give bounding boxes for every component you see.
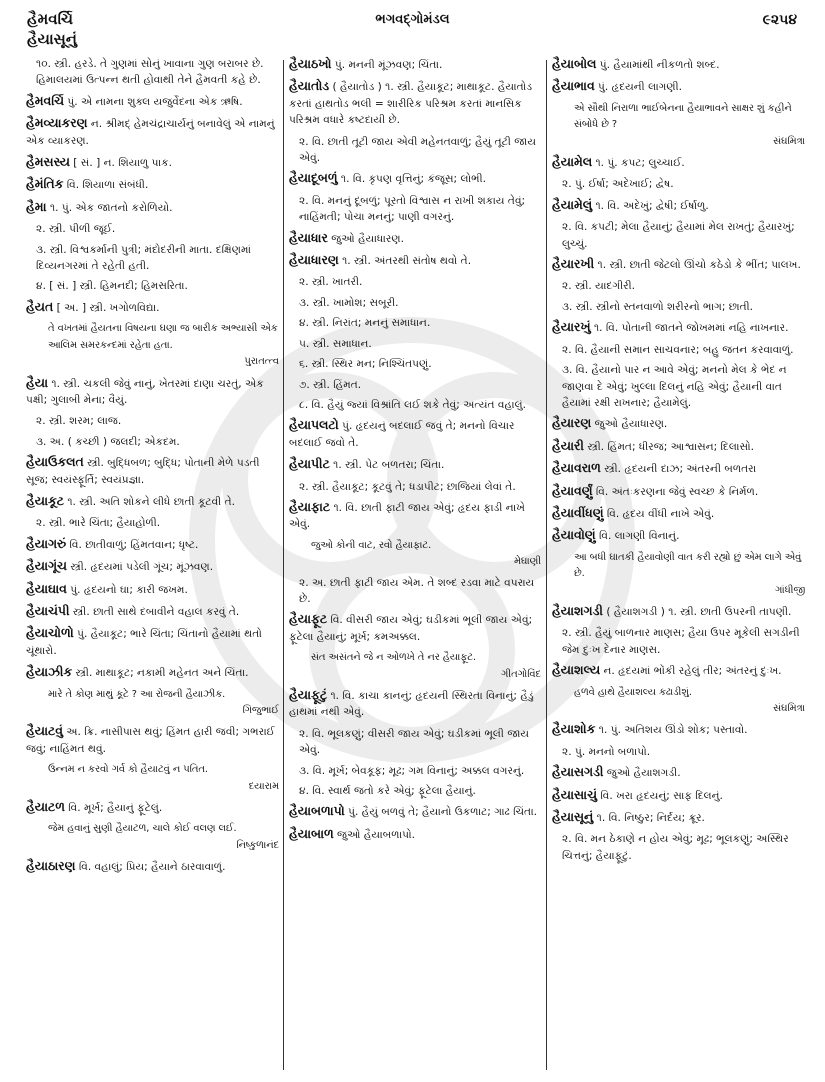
headword: હૈયાઠારણ — [26, 858, 75, 873]
definition: વિ. છાતીવાળું; હિંમતવાન; ધૃષ્ટ. — [70, 539, 199, 551]
definition: વિ. ખરા હૃદયનું; સાફ દિલનું. — [600, 790, 723, 802]
quote-source: દયારામ — [26, 779, 279, 795]
dictionary-entry: હૈમવ્યાકરણ ન. શ્રીમદ્ હેમચંદ્રાચાર્યનું … — [26, 115, 279, 149]
headword: હૈયાવરાળ — [552, 460, 601, 475]
guide-word-last: હૈયાસૂનું — [27, 30, 77, 48]
definition: વિ. હૃદય વીંધી નાખે એવું. — [607, 508, 714, 520]
definition: પું. હૈયામાંથી નીકળતો શબ્દ. — [600, 59, 720, 71]
dictionary-entry: હૈયાફૂટું ૧. વિ. કાચા કાનનું; હૃદયની સ્થ… — [289, 687, 541, 721]
headword: હૈયાબાળ — [289, 826, 334, 841]
dictionary-entry: હૈયારણ જુઓ હૈયાધારણ. — [552, 415, 805, 432]
headword: હૈયાસૂનું — [552, 809, 593, 824]
usage-quote: આ બધી ઘાતકી હૈયાવોણી વાત કરી રહ્યો છું એ… — [552, 550, 805, 583]
headword: હૈયાપલટો — [289, 417, 339, 432]
column-2: હૈયાઠખો પું. મનની મૂંઝવણ; ચિંતા.હૈયાતોડ … — [289, 56, 541, 1076]
usage-quote: જુઓ કોની વાટ, રવો હૈયાફાટ. — [289, 538, 541, 554]
quote-source: ગિજુભાઈ — [26, 703, 279, 719]
usage-quote: તે વખતમાં હૈયતના વિષયના ઘણા જ બારીક અભ્ય… — [26, 321, 279, 354]
headword: હૈયાઝીક — [26, 664, 72, 679]
dictionary-entry: હૈયાપીટ ૧. સ્ત્રી. પેટ બળતરા; ચિંતા. — [289, 456, 541, 473]
dictionary-entry: હૈયાબાળ જુઓ હૈયાબળાપો. — [289, 826, 541, 843]
headword: હૈયાશલ્ય — [552, 662, 600, 677]
column-3: હૈયાબોલ પું. હૈયામાંથી નીકળતો શબ્દ.હૈયાભ… — [552, 56, 805, 1076]
headword: હૈમવર્ચિ — [26, 93, 64, 108]
sense-definition: ૩. સ્ત્રી. ખામોશ; સબૂરી. — [289, 295, 541, 311]
usage-quote: ઉન્નમ ન કરવો ગર્વ કો હૈયાટવું ન પતિત. — [26, 762, 279, 778]
headword: હૈયાગરું — [26, 536, 66, 551]
sense-definition: ૩. અ. ( કચ્છી ) જલદી; એકદમ. — [26, 434, 279, 450]
headword: હૈયાસાચું — [552, 787, 597, 802]
headword: હૈયાઠખો — [289, 56, 332, 71]
dictionary-entry: હૈયાસગડી જુઓ હૈયાશગડી. — [552, 764, 805, 781]
sense-definition: ૭. સ્ત્રી. હિંમત. — [289, 377, 541, 393]
headword: હૈયાદૂબળું — [289, 170, 338, 185]
definition: જુઓ હૈયાધારણ. — [595, 418, 668, 430]
definition: સ્ત્રી. હૃદયની દાઝ; અંતરની બળતરા — [604, 463, 756, 475]
headword: હૈયાચંપી — [26, 603, 70, 618]
definition: પું. મનની મૂંઝવણ; ચિંતા. — [335, 59, 443, 71]
headword: હૈયામેલ — [552, 154, 592, 169]
headword: હૈયાચોળો — [26, 625, 74, 640]
sense-definition: ૨. પું. મનનો બળાપો. — [552, 744, 805, 760]
headword: હૈયાબળાપો — [289, 803, 345, 818]
definition: [ સં. ] ન. શિયાળુ પાક. — [73, 157, 172, 169]
dictionary-entry: હૈયત [ અ. ] સ્ત્રી. ખગોળવિદ્યા. — [26, 299, 279, 316]
definition: ૧. સ્ત્રી. અતિ શોકને લીધે છાતી કૂટવી તે. — [67, 496, 235, 508]
sense-definition: ૩. વિ. હૈયાનો પાર ન આવે એવું; મનનો મેલ ક… — [552, 362, 805, 411]
sense-definition: ૩. વિ. મૂર્ખ; બેવકૂફ; મૂઢ; ગમ વિનાનું; અ… — [289, 763, 541, 779]
usage-quote: હળવે હાથે હૈયાશલ્ય કઢાડીશું. — [552, 685, 805, 701]
sense-definition: ૬. સ્ત્રી. સ્થિર મન; નિશ્ચિંતપણું. — [289, 356, 541, 372]
dictionary-entry: હૈયાગૂંચ સ્ત્રી. હૃદયમાં પડેલી ગૂંચ; મૂં… — [26, 558, 279, 575]
definition: ન. હૃદયમાં ભોંકી રહેલું તીર; અંતરનું દુઃ… — [604, 665, 782, 677]
dictionary-entry: હૈયામેલ ૧. પું. કપટ; લુચ્ચાઈ. — [552, 154, 805, 171]
column-1: ૧૦. સ્ત્રી. હરડે. તે ગુણમાં સોનું ખાવાના… — [26, 56, 279, 1076]
headword: હૈયાઉકલત — [26, 454, 84, 469]
definition: જુઓ હૈયાશગડી. — [607, 767, 681, 779]
dictionary-entry: હૈયાટળ વિ. મૂર્ખ; હૈયાનું ફૂટેલું. — [26, 799, 279, 816]
headword: હૈયાકૂટ — [26, 493, 64, 508]
definition: ૧. વિ. પોતાની જાતને જોખમમાં નહિ નાખનાર. — [594, 322, 788, 334]
headword: હૈયારખું — [552, 319, 591, 334]
sense-definition: ૨. સ્ત્રી. હૈયાકૂટ; કૂટવું તે; ધડાપીટ; છ… — [289, 479, 541, 495]
dictionary-entry: હૈયારખું ૧. વિ. પોતાની જાતને જોખમમાં નહિ… — [552, 319, 805, 336]
dictionary-entry: હૈયાધારણ ૧. સ્ત્રી. અંતરથી સંતોષ થવો તે. — [289, 252, 541, 269]
sense-definition: ૨. વિ. મનનું દૂબળું; પૂરતો વિશ્વાસ ન રાખ… — [289, 193, 541, 226]
headword: હૈયાગૂંચ — [26, 558, 67, 573]
dictionary-entry: હૈયારી સ્ત્રી. હિંમત; ધીરજ; આશ્વાસન; દિલ… — [552, 438, 805, 455]
dictionary-entry: હૈમા ૧. પું. એક જાતનો કરોળિયો. — [26, 199, 279, 216]
headword: હૈમંતિક — [26, 176, 63, 191]
quote-source: ગીતગોવિંદ — [289, 667, 541, 683]
sense-definition: ૨. સ્ત્રી. પીળી જૂઈ. — [26, 221, 279, 237]
definition: જુઓ હૈયાધારણ. — [331, 233, 404, 245]
sense-definition: ૨. વિ. મન ઠેકાણે ન હોય એવું; મૂઢ; ભૂલકણુ… — [552, 831, 805, 864]
definition: જુઓ હૈયાબળાપો. — [337, 829, 415, 841]
sense-definition: ૨. સ્ત્રી. શરમ; લાજ. — [26, 413, 279, 429]
quote-source: નિષ્કુળાનંદ — [26, 838, 279, 854]
dictionary-entry: હૈયાઘાવ પું. હૃદયનો ઘા; કારી જખમ. — [26, 581, 279, 598]
headword: હૈમસસ્ય — [26, 154, 70, 169]
quote-source: ગાંધીજી — [552, 583, 805, 599]
headword: હૈયાવર્ણું — [552, 483, 593, 498]
headword: હૈયારી — [552, 438, 584, 453]
dictionary-entry: હૈયાભાવ પું. હૃદયની લાગણી. — [552, 78, 805, 95]
dictionary-entry: હૈયાવીંધણું વિ. હૃદય વીંધી નાખે એવું. — [552, 505, 805, 522]
definition: પું. હૈયું બળવું તે; હૈયાનો ઉકળાટ; ગાઢ ચ… — [348, 806, 537, 818]
headword: હૈયાટવું — [26, 723, 63, 738]
headword: હૈયત — [26, 299, 53, 314]
sense-definition: ૪. વિ. સ્વાર્થ જતો કરે એવું; ફૂટેલા હૈયા… — [289, 783, 541, 799]
headword: હૈયારણ — [552, 415, 591, 430]
definition: સ્ત્રી. હૃદયમાં પડેલી ગૂંચ; મૂંઝવણ. — [70, 561, 213, 573]
dictionary-entry: હૈમંતિક વિ. શિયાળા સંબંધી. — [26, 176, 279, 193]
definition: પું. એ નામના શુક્લ યજુર્વેદના એક ઋષિ. — [67, 96, 242, 108]
quote-source: સંઘમિત્રા — [552, 701, 805, 717]
dictionary-entry: હૈયાવર્ણું વિ. અંતઃકરણના જેવું સ્વચ્છ કે… — [552, 483, 805, 500]
definition: ૧. સ્ત્રી. અંતરથી સંતોષ થવો તે. — [342, 255, 471, 267]
running-title: ભગવદ્ગોમંડલ — [0, 12, 825, 27]
definition: વિ. વહાલું; પ્રિય; હૈયાને ઠારવાવાળું. — [79, 861, 226, 873]
dictionary-entry: હૈયાકૂટ ૧. સ્ત્રી. અતિ શોકને લીધે છાતી ક… — [26, 493, 279, 510]
dictionary-entry: હૈયાધાર જુઓ હૈયાધારણ. — [289, 230, 541, 247]
sense-definition: ૨. વિ. ભૂલકણું; વીસરી જાય એવું; ઘડીકમાં … — [289, 726, 541, 759]
definition: પું. હૃદયનો ઘા; કારી જખમ. — [70, 584, 188, 596]
sense-definition: ૨. સ્ત્રી. ખાતરી. — [289, 274, 541, 290]
dictionary-entry: હૈયાગરું વિ. છાતીવાળું; હિંમતવાન; ધૃષ્ટ. — [26, 536, 279, 553]
usage-quote: એ સૌથી નિરાળા ભાઈબેનના હૈયાભાવને સાક્ષર … — [552, 101, 805, 134]
headword: હૈયાટળ — [26, 799, 65, 814]
headword: હૈયાવોણું — [552, 527, 596, 542]
sense-definition: ૨. વિ. કપટી; મેલા હૈયાનું; હૈયામાં મેલ ર… — [552, 219, 805, 252]
page-number: ૯૨૫૪ — [763, 12, 797, 28]
dictionary-entry: હૈયાશોક ૧. પું. અતિશય ઊંડો શોક; પસ્તાવો. — [552, 721, 805, 738]
headword: હૈયાપીટ — [289, 456, 330, 471]
usage-quote: સંત અસંતને જે ન ઓળખે તે નર હૈયાફૂટ. — [289, 650, 541, 666]
headword: હૈયાફૂટું — [289, 687, 327, 702]
headword: હૈયાબોલ — [552, 56, 596, 71]
dictionary-entry: હૈયાસાચું વિ. ખરા હૃદયનું; સાફ દિલનું. — [552, 787, 805, 804]
definition: ૧. વિ. અદેખું; દ્વેષી; ઈર્ષાળુ. — [595, 200, 708, 212]
quote-source: સંઘમિત્રા — [552, 134, 805, 150]
dictionary-entry: હૈયાફાટ ૧. વિ. છાતી ફાટી જાય એવું; હૃદય … — [289, 499, 541, 533]
sense-definition: ૨. વિ. હૈયાની સમાન સાચવનાર; બહુ જતન કરવા… — [552, 342, 805, 358]
definition: પું. હૃદયની લાગણી. — [598, 81, 682, 93]
dictionary-entry: હૈયાબળાપો પું. હૈયું બળવું તે; હૈયાનો ઉક… — [289, 803, 541, 820]
dictionary-entry: હૈયાસૂનું ૧. વિ. નિષ્ઠુર; નિર્દય; ક્રૂર. — [552, 809, 805, 826]
sense-definition: ૨. અ. છાતી ફાટી જાય એમ. તે શબ્દ રડવા માટ… — [289, 575, 541, 608]
dictionary-entry: હૈયાઝીક સ્ત્રી. માથાકૂટ; નકામી મહેનત અને… — [26, 664, 279, 681]
sense-definition: ૪. સ્ત્રી. નિરાંત; મનનું સમાધાન. — [289, 315, 541, 331]
dictionary-entry: હૈમસસ્ય [ સં. ] ન. શિયાળુ પાક. — [26, 154, 279, 171]
dictionary-entry: હૈયાદૂબળું ૧. વિ. કૃપણ વૃત્તિનું; કંજૂસ;… — [289, 170, 541, 187]
definition: [ અ. ] સ્ત્રી. ખગોળવિદ્યા. — [57, 302, 160, 314]
headword: હૈયા — [26, 375, 48, 390]
sense-definition: ૨. પું. ઈર્ષા; અદેખાઈ; દ્વેષ. — [552, 176, 805, 192]
sense-definition: ૨. સ્ત્રી. ભારે ચિંતા; હૈયાહોળી. — [26, 515, 279, 531]
dictionary-entry: હૈયાતોડ ( હૈયાતોડ ) ૧. સ્ત્રી. હૈયાકૂટ; … — [289, 78, 541, 128]
definition: સ્ત્રી. છાતી સાથે દબાવીને વહાલ કરવું તે. — [73, 606, 239, 618]
sense-definition: ૮. વિ. હૈયું જ્યાં વિશ્રાંતિ લઈ શકે તેવુ… — [289, 397, 541, 413]
dictionary-entry: હૈયા ૧. સ્ત્રી. ચકલી જેવું નાનું, ખેતરમા… — [26, 375, 279, 409]
definition: ૧. સ્ત્રી. છાતી જેટલો ઊંચો કઠેડો કે ભીંત… — [598, 259, 801, 271]
headword: હૈયામેલું — [552, 197, 592, 212]
headword: હૈયાફૂટ — [289, 611, 327, 626]
dictionary-entry: હૈયાશલ્ય ન. હૃદયમાં ભોંકી રહેલું તીર; અં… — [552, 662, 805, 679]
headword: હૈયાશોક — [552, 721, 595, 736]
headword: હૈમવ્યાકરણ — [26, 115, 87, 130]
sense-definition: ૨. સ્ત્રી. યાદગીરી. — [552, 278, 805, 294]
headword: હૈયારખી — [552, 256, 594, 271]
definition: વિ. અંતઃકરણના જેવું સ્વચ્છ કે નિર્મળ. — [596, 486, 758, 498]
definition: વિ. મૂર્ખ; હૈયાનું ફૂટેલું. — [68, 802, 162, 814]
dictionary-entry: હૈયાબોલ પું. હૈયામાંથી નીકળતો શબ્દ. — [552, 56, 805, 73]
headword: હૈમા — [26, 199, 47, 214]
definition: સ્ત્રી. હિંમત; ધીરજ; આશ્વાસન; દિલાસો. — [587, 441, 754, 453]
sense-definition: ૪. [ સં. ] સ્ત્રી. હિમનદી; હિમસરિતા. — [26, 278, 279, 294]
headword: હૈયાઘાવ — [26, 581, 67, 596]
definition: ૧. સ્ત્રી. પેટ બળતરા; ચિંતા. — [333, 459, 444, 471]
quote-source: પુરાતત્ત્વ — [26, 354, 279, 370]
definition: ૧. વિ. કૃપણ વૃત્તિનું; કંજૂસ; લોભી. — [341, 173, 486, 185]
page-header: હૈમવર્ચિ હૈયાસૂનું ભગવદ્ગોમંડલ ૯૨૫૪ — [0, 0, 825, 56]
dictionary-entry: હૈયાચોળો પું. હૈયાકૂટ; ભારે ચિંતા; ચિંતા… — [26, 625, 279, 659]
sense-definition: ૧૦. સ્ત્રી. હરડે. તે ગુણમાં સોનું ખાવાના… — [26, 56, 279, 89]
dictionary-entry: હૈમવર્ચિ પું. એ નામના શુક્લ યજુર્વેદના એ… — [26, 93, 279, 110]
headword: હૈયાસગડી — [552, 764, 603, 779]
headword: હૈયાધારણ — [289, 252, 339, 267]
sense-definition: ૨. સ્ત્રી. હૈયું બાળનાર માણસ; હૈયા ઉપર મ… — [552, 625, 805, 658]
dictionary-entry: હૈયાફૂટ વિ. વીસરી જાય એવું; ઘડીકમાં ભૂલી… — [289, 611, 541, 645]
headword: હૈયાવીંધણું — [552, 505, 604, 520]
headword: હૈયાભાવ — [552, 78, 595, 93]
sense-definition: ૩. સ્ત્રી. વિશ્વકર્માની પુત્રી; મંદોદરીન… — [26, 242, 279, 275]
dictionary-entry: હૈયામેલું ૧. વિ. અદેખું; દ્વેષી; ઈર્ષાળુ… — [552, 197, 805, 214]
definition: ૧. સ્ત્રી. ચકલી જેવું નાનું, ખેતરમાં દાણ… — [26, 378, 264, 406]
usage-quote: જેમ હવાનું સુણી હૈયાટળ, ચાલે કોઈ વલણ લઈ. — [26, 821, 279, 837]
headword: હૈયાધાર — [289, 230, 328, 245]
definition: વિ. શિયાળા સંબંધી. — [67, 179, 149, 191]
definition: અ. ક્રિ. નાસીપાસ થવું; હિંમત હારી જવી; ગ… — [26, 726, 275, 754]
usage-quote: મારે તે કોણ માથું કૂટે ? આ રોજની હૈયાઝીક… — [26, 687, 279, 703]
dictionary-entry: હૈયાટવું અ. ક્રિ. નાસીપાસ થવું; હિંમત હા… — [26, 723, 279, 757]
definition: ૧. પું. કપટ; લુચ્ચાઈ. — [595, 157, 684, 169]
dictionary-entry: હૈયાશગડી ( હૈયાશગડી ) ૧. સ્ત્રી. છાતી ઉપ… — [552, 603, 805, 620]
sense-definition: ૨. વિ. છાતી તૂટી જાય એવી મહેનતવાળું; હૈય… — [289, 134, 541, 167]
sense-definition: ૫. સ્ત્રી. સમાધાન. — [289, 336, 541, 352]
headword: હૈયાફાટ — [289, 499, 330, 514]
definition: ૧. પું. અતિશય ઊંડો શોક; પસ્તાવો. — [599, 724, 748, 736]
dictionary-columns: ૧૦. સ્ત્રી. હરડે. તે ગુણમાં સોનું ખાવાના… — [0, 56, 825, 1076]
dictionary-entry: હૈયાપલટો પું. હૃદયનું બદલાઈ જવું તે; મનન… — [289, 417, 541, 451]
dictionary-entry: હૈયાવરાળ સ્ત્રી. હૃદયની દાઝ; અંતરની બળતર… — [552, 460, 805, 477]
dictionary-entry: હૈયારખી ૧. સ્ત્રી. છાતી જેટલો ઊંચો કઠેડો… — [552, 256, 805, 273]
quote-source: મેઘાણી — [289, 554, 541, 570]
headword: હૈયાતોડ — [289, 78, 329, 93]
definition: ( હૈયાશગડી ) ૧. સ્ત્રી. છાતી ઉપરની તાપણી… — [606, 606, 791, 618]
headword: હૈયાશગડી — [552, 603, 603, 618]
dictionary-entry: હૈયાઠારણ વિ. વહાલું; પ્રિય; હૈયાને ઠારવા… — [26, 858, 279, 875]
definition: વિ. લાગણી વિનાનું. — [599, 530, 679, 542]
dictionary-entry: હૈયાઉકલત સ્ત્રી. બુદ્ધિબળ; બુદ્ધિ; પોતાન… — [26, 454, 279, 488]
definition: ૧. વિ. નિષ્ઠુર; નિર્દય; ક્રૂર. — [597, 812, 705, 824]
dictionary-entry: હૈયાઠખો પું. મનની મૂંઝવણ; ચિંતા. — [289, 56, 541, 73]
definition: ૧. પું. એક જાતનો કરોળિયો. — [50, 202, 173, 214]
definition: સ્ત્રી. માથાકૂટ; નકામી મહેનત અને ચિંતા. — [75, 667, 248, 679]
sense-definition: ૩. સ્ત્રી. સ્ત્રીનો સ્તનવાળો શરીરનો ભાગ;… — [552, 299, 805, 315]
dictionary-entry: હૈયાવોણું વિ. લાગણી વિનાનું. — [552, 527, 805, 544]
dictionary-entry: હૈયાચંપી સ્ત્રી. છાતી સાથે દબાવીને વહાલ … — [26, 603, 279, 620]
